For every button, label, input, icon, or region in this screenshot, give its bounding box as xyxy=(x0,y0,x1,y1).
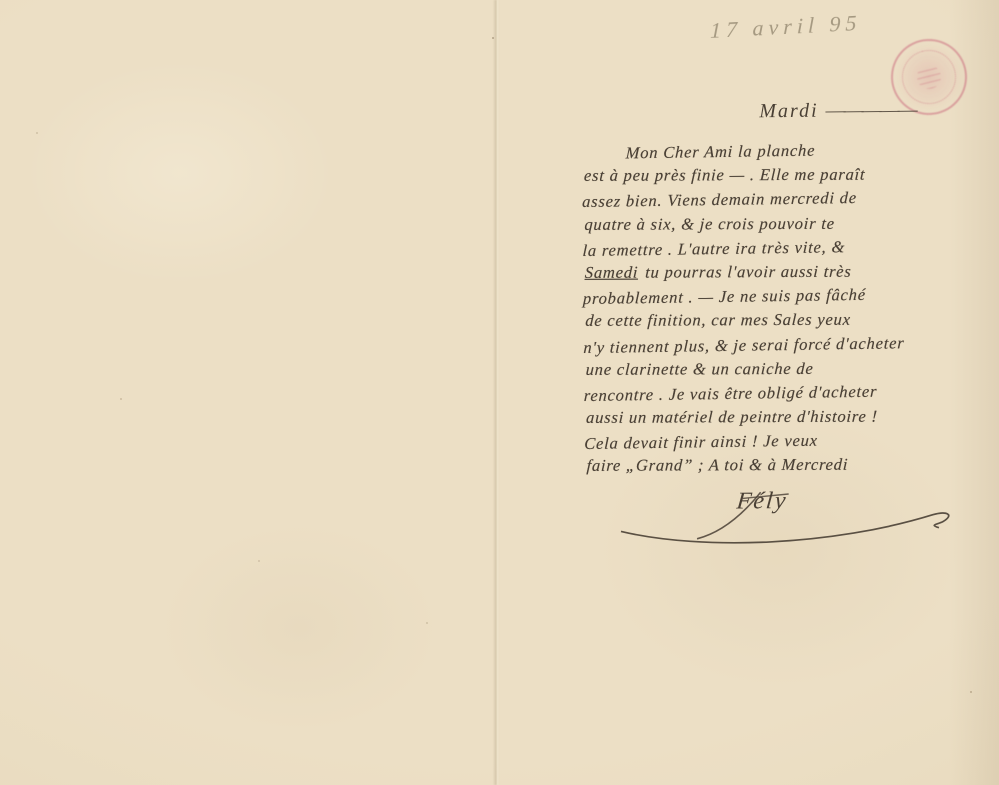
heading-dash: ————— xyxy=(825,99,915,122)
letter-body: Mardi ————— Mon Cher Ami la planche est … xyxy=(581,98,995,508)
letter-scan: 17 avril 95 Mardi ————— Mon Cher Ami la … xyxy=(0,0,999,785)
letter-line: quatre à six, & je crois pouvoir te xyxy=(584,213,993,239)
underlined-word: Samedi xyxy=(584,263,638,282)
letter-line: assez bien. Viens demain mercredi de xyxy=(582,186,993,216)
letter-heading: Mardi ————— xyxy=(759,97,999,124)
letter-line: faire „Grand” ; A toi & à Mercredi xyxy=(586,455,995,481)
letter-line: de cette finition, car mes Sales yeux xyxy=(585,309,994,335)
signature-flourish-icon xyxy=(593,486,984,559)
letter-lines: Mon Cher Ami la planche est à peu près f… xyxy=(582,139,995,481)
letter-line: n'y tiennent plus, & je serai forcé d'ac… xyxy=(583,331,994,361)
paper-fold-line xyxy=(493,0,499,785)
letter-line-text: tu pourras l'avoir aussi très xyxy=(645,262,852,282)
heading-day: Mardi xyxy=(759,100,818,123)
paper-specks xyxy=(492,37,494,39)
